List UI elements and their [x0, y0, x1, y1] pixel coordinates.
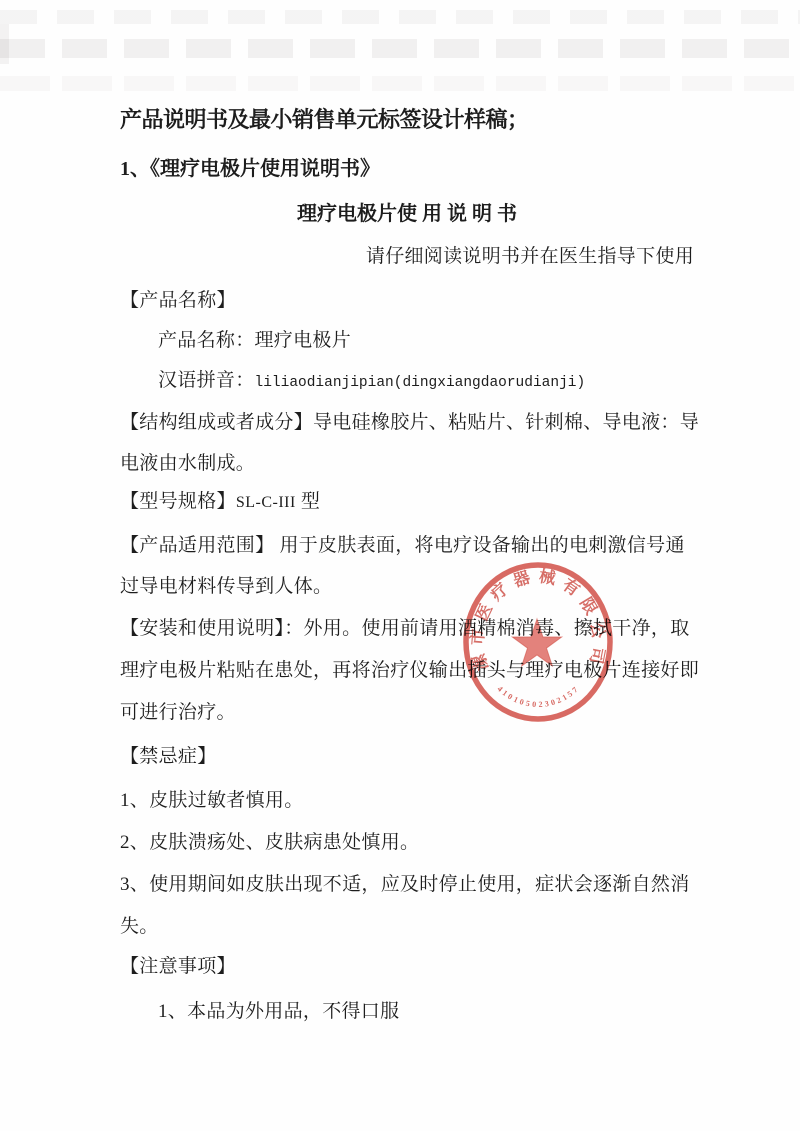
pinyin-label: 汉语拼音：: [158, 370, 255, 391]
pinyin-line: 汉语拼音：liliaodianjipian(dingxiangdaorudian…: [158, 367, 585, 397]
contraindication-1: 1、皮肤过敏者慎用。: [120, 787, 304, 815]
composition-line-1: 【结构组成或者成分】导电硅橡胶片、粘贴片、针刺棉、导电液：导: [120, 409, 699, 437]
contraindication-3-line-1: 3、使用期间如皮肤出现不适，应及时停止使用，症状会逐渐自然消: [120, 871, 690, 899]
model-suffix: 型: [296, 491, 320, 512]
section-contraindication-label: 【禁忌症】: [120, 743, 217, 771]
scan-noise-band: [0, 39, 800, 58]
scan-noise-edge: [0, 24, 9, 64]
main-title: 产品说明书及最小销售单元标签设计样稿；: [120, 106, 529, 134]
section-product-name-label: 【产品名称】: [120, 287, 236, 315]
precaution-1: 1、本品为外用品，不得口服: [158, 998, 399, 1026]
pinyin-value: liliaodianjipian(dingxiangdaorudianji): [255, 375, 586, 391]
section-precautions-label: 【注意事项】: [120, 953, 236, 981]
scope-line-1: 【产品适用范围】 用于皮肤表面，将电疗设备输出的电刺激信号通: [120, 532, 685, 560]
model-value: SL-C-III: [236, 494, 296, 511]
product-name-line: 产品名称：理疗电极片: [158, 327, 351, 355]
model-line: 【型号规格】SL-C-III 型: [120, 488, 320, 517]
scope-line-2: 过导电材料传导到人体。: [120, 573, 332, 601]
contraindication-3-line-2: 失。: [120, 913, 159, 941]
advisory-line: 请仔细阅读说明书并在医生指导下使用: [120, 243, 694, 271]
document-page: 产品说明书及最小销售单元标签设计样稿； 1、《理疗电极片使用说明书》 理疗电极片…: [0, 0, 800, 1131]
scan-noise-band: [0, 76, 800, 91]
usage-line-2: 理疗电极片粘贴在患处，再将治疗仪输出插头与理疗电极片连接好即: [120, 657, 699, 685]
scan-noise-band: [0, 10, 800, 24]
usage-line-1: 【安装和使用说明】：外用。使用前请用酒精棉消毒、擦拭干净，取: [120, 615, 690, 643]
contraindication-2: 2、皮肤溃疡处、皮肤病患处慎用。: [120, 829, 419, 857]
seal-serial-number: 41010502302157: [496, 684, 580, 709]
model-label: 【型号规格】: [120, 491, 236, 512]
usage-line-3: 可进行治疗。: [120, 699, 236, 727]
list-item-1-heading: 1、《理疗电极片使用说明书》: [120, 155, 380, 183]
doc-title: 理疗电极片使 用 说 明 书: [120, 200, 694, 228]
composition-line-2: 电液由水制成。: [120, 450, 255, 478]
company-seal-stamp: 漯市医疗器械有限公司 41010502302157: [448, 548, 630, 738]
